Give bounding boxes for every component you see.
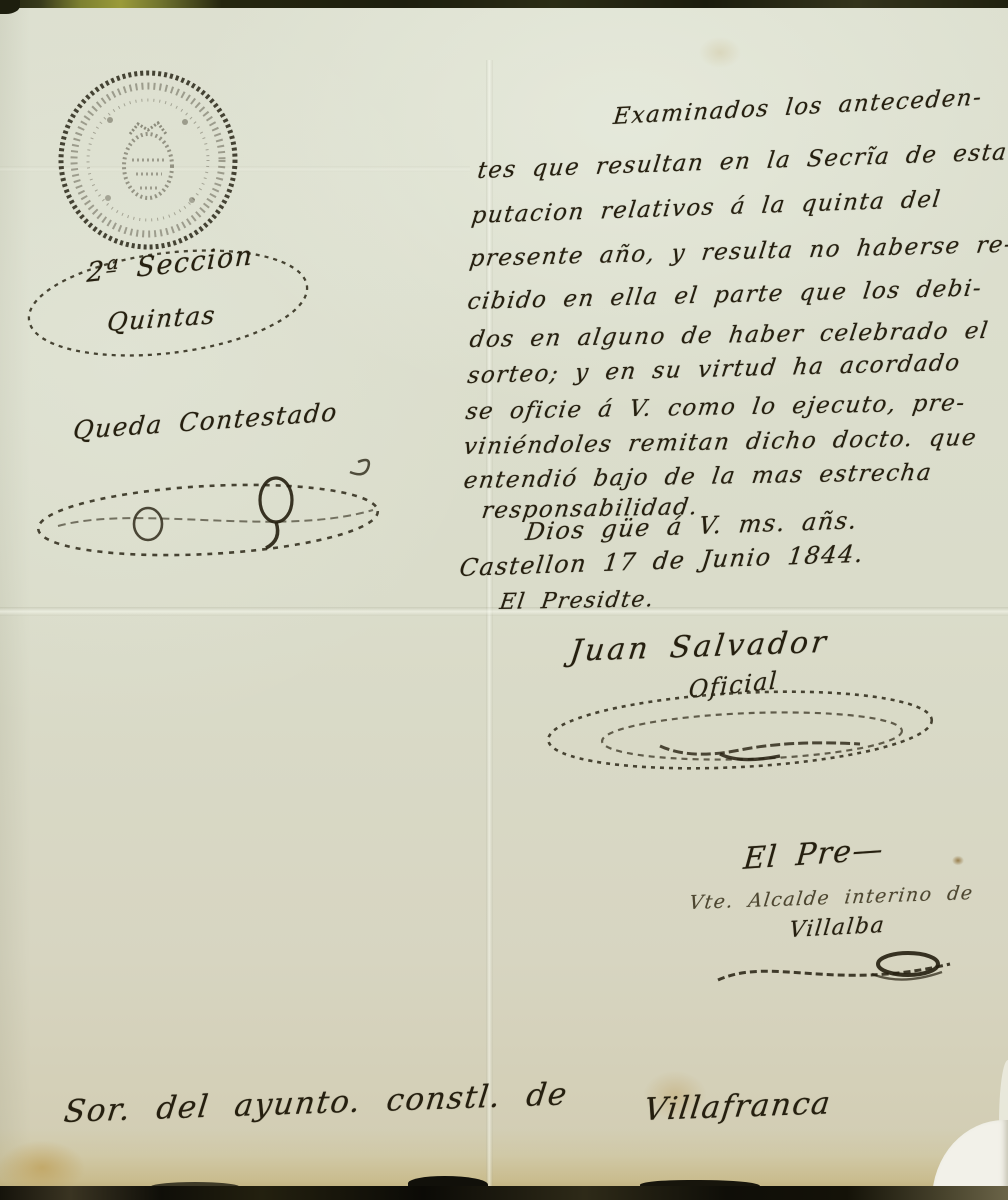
body-line: Examinados los anteceden- <box>612 84 984 130</box>
body-line: sorteo; y en su virtud ha acordado <box>466 350 962 389</box>
faint-stain <box>690 30 750 75</box>
body-line: cibido en ella el parte que los debi- <box>466 275 984 315</box>
body-line: viniéndoles remitan dicho docto. que <box>462 425 979 460</box>
signer-role-line: El Presidte. <box>498 587 656 615</box>
received-note-flourish <box>712 944 958 1002</box>
scan-bottom-edge <box>0 1186 1008 1200</box>
bottom-stain-band <box>0 1128 1008 1190</box>
body-line: putacion relativos á la quinta del <box>470 186 943 229</box>
received-note-line2: Vte. Alcalde interino de <box>688 882 975 914</box>
signature-rubric <box>540 688 944 776</box>
body-line: tes que resultan en la Secrĩa de esta Di… <box>476 137 1008 184</box>
received-note-line1: El Pre— <box>742 832 886 877</box>
scanned-manuscript-letter: 2ª Seccion Quintas Queda Contestado Exam… <box>0 0 1008 1200</box>
scan-top-corner <box>0 0 20 14</box>
scan-top-edge <box>0 0 1008 8</box>
dateline: Castellon 17 de Junio 1844. <box>458 540 866 582</box>
vertical-fold-crease <box>486 60 493 1200</box>
footer-address-part2: Villafranca <box>642 1085 833 1128</box>
answered-note-rubric <box>28 452 400 570</box>
body-line: entendió bajo de la mas estrecha <box>462 460 934 494</box>
body-line: presente año, y resulta no haberse re- <box>468 232 1008 272</box>
signature-name: Juan Salvador <box>568 625 831 669</box>
received-note-line3: Villalba <box>788 913 886 943</box>
foxing-spot <box>950 854 966 867</box>
circular-ink-seal-icon <box>50 60 246 260</box>
body-line: dos en alguno de haber celebrado el <box>468 318 991 353</box>
body-line: se oficie á V. como lo ejecuto, pre- <box>464 390 968 425</box>
footer-address-part1: Sor. del ayunto. constl. de <box>62 1076 570 1130</box>
margin-answered-note: Queda Contestado <box>72 397 339 445</box>
